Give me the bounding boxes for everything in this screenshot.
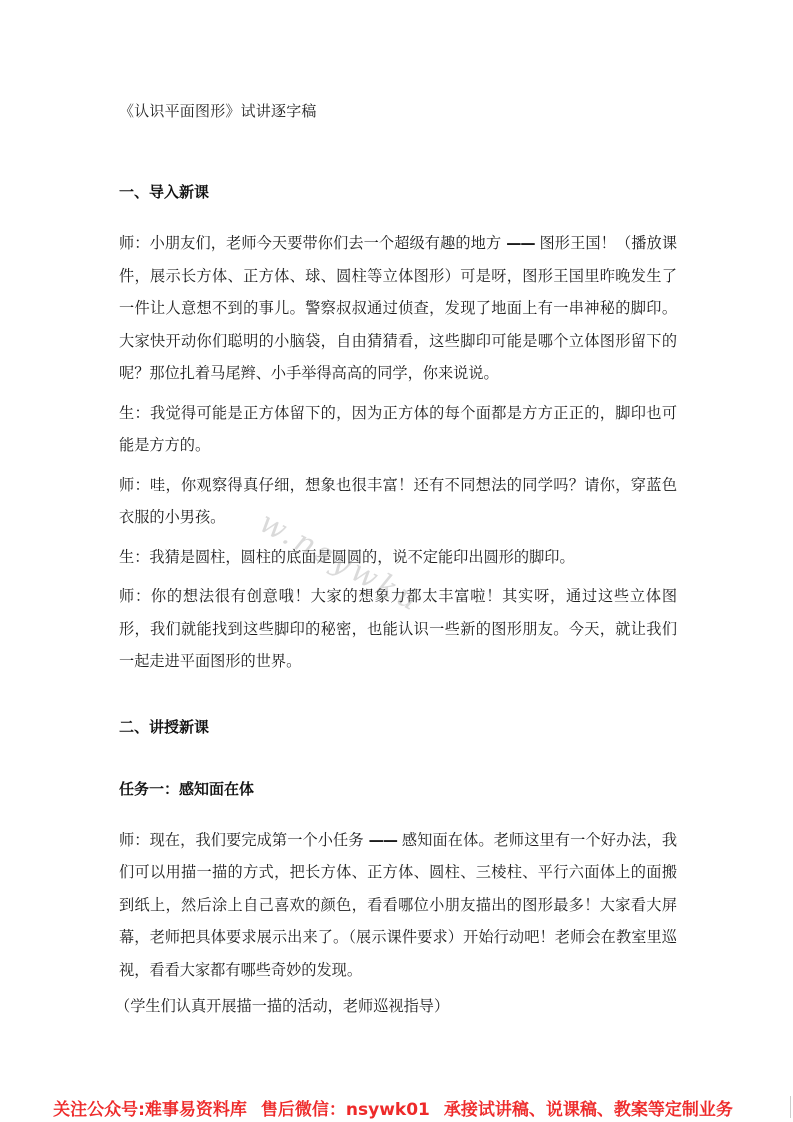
paragraph-teacher-intro: 师：小朋友们，老师今天要带你们去一个超级有趣的地方 —— 图形王国！（播放课件，… <box>119 227 677 390</box>
document-page: 《认识平面图形》试讲逐字稿 一、导入新课 师：小朋友们，老师今天要带你们去一个超… <box>0 0 793 1122</box>
paragraph-student-answer-2: 生：我猜是圆柱，圆柱的底面是圆圆的，说不定能印出圆形的脚印。 <box>119 541 677 574</box>
paragraph-teacher-response-2: 师：你的想法很有创意哦！大家的想象力都太丰富啦！其实呀，通过这些立体图形，我们就… <box>119 580 677 678</box>
paragraph-text: 感知面在体。老师这里有一个好办法，我们可以用描一描的方式，把长方体、正方体、圆柱… <box>119 831 677 979</box>
em-dash: —— <box>506 234 534 252</box>
paragraph-stage-direction: （学生们认真开展描一描的活动，老师巡视指导） <box>119 990 677 1023</box>
paragraph-task-instructions: 师：现在，我们要完成第一个小任务 —— 感知面在体。老师这里有一个好办法，我们可… <box>119 824 677 987</box>
footer-wechat-account: 关注公众号:难事易资料库 <box>53 1095 247 1120</box>
footer-service-note: 承接试讲稿、说课稿、教案等定制业务 <box>444 1095 733 1120</box>
paragraph-student-answer-1: 生：我觉得可能是正方体留下的，因为正方体的每个面都是方方正正的，脚印也可能是方方… <box>119 397 677 462</box>
footer-wechat-contact: 售后微信：nsywk01 <box>261 1095 430 1120</box>
footer-banner: 关注公众号:难事易资料库 售后微信：nsywk01 承接试讲稿、说课稿、教案等定… <box>0 1093 793 1121</box>
section-heading-new-lesson: 二、讲授新课 <box>119 714 677 740</box>
page-edge-divider <box>790 1096 791 1118</box>
paragraph-text: 图形王国！（播放课件，展示长方体、正方体、球、圆柱等立体图形）可是呀，图形王国里… <box>119 234 677 382</box>
document-body: 《认识平面图形》试讲逐字稿 一、导入新课 师：小朋友们，老师今天要带你们去一个超… <box>119 98 677 1023</box>
document-title: 《认识平面图形》试讲逐字稿 <box>119 98 677 124</box>
em-dash: —— <box>369 831 397 849</box>
paragraph-text: 师：现在，我们要完成第一个小任务 <box>119 831 364 849</box>
task-heading: 任务一：感知面在体 <box>119 776 677 802</box>
section-heading-intro: 一、导入新课 <box>119 179 677 205</box>
paragraph-text: 师：小朋友们，老师今天要带你们去一个超级有趣的地方 <box>119 234 501 252</box>
paragraph-teacher-response-1: 师：哇，你观察得真仔细，想象也很丰富！还有不同想法的同学吗？请你，穿蓝色衣服的小… <box>119 469 677 534</box>
